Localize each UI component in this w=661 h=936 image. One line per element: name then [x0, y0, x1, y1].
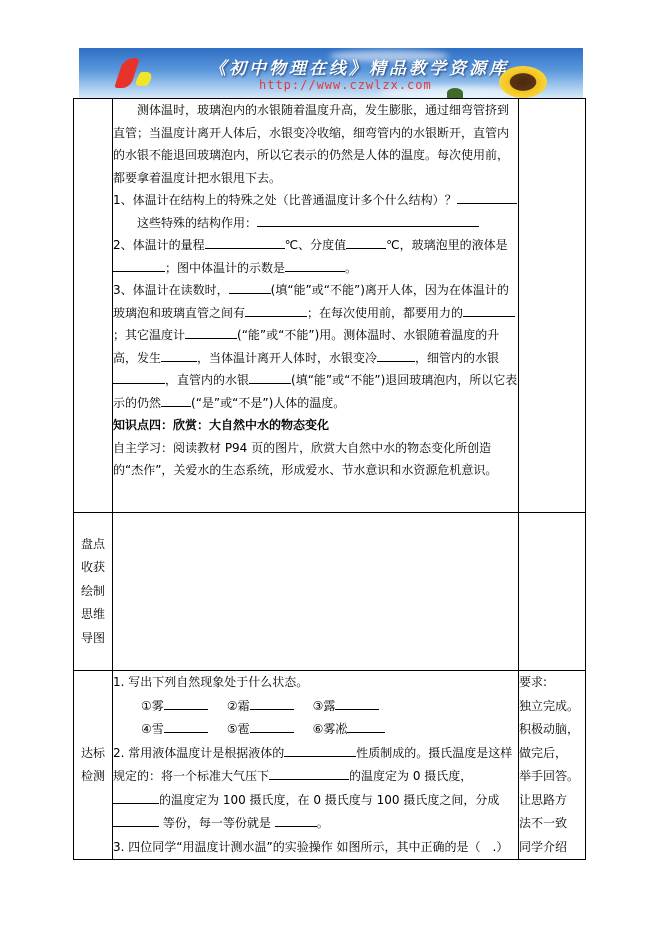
answer-blank[interactable]: [335, 695, 379, 710]
mindmap-side-cell: 盘点 收获 绘制 思维 导图: [74, 513, 113, 671]
knowledge-heading: 知识点四：欣赏：大自然中水的物态变化: [113, 414, 518, 437]
answer-blank[interactable]: [257, 212, 479, 227]
assessment-q1-title: 1. 写出下列自然现象处于什么状态。: [113, 671, 518, 695]
assessment-q2: 2. 常用液体温度计是根据液体的性质制成的。摄氏温度是这样规定的：将一个标准大气…: [113, 742, 518, 836]
sunflower-icon: [499, 66, 547, 98]
assessment-questions: 1. 写出下列自然现象处于什么状态。 ①雾 ②霜 ③露 ④雪 ⑤雹 ⑥雾凇 2.…: [113, 671, 519, 860]
content-row: 测体温时，玻璃泡内的水银随着温度升高，发生膨胀，通过细弯管挤到直管；当温度计离开…: [74, 99, 586, 513]
banner-url: http://www.czwlzx.com: [259, 78, 432, 92]
answer-blank[interactable]: [185, 324, 237, 339]
answer-blank[interactable]: [245, 302, 307, 317]
phenomena-row-2: ④雪 ⑤雹 ⑥雾凇: [113, 718, 518, 742]
answer-blank[interactable]: [113, 812, 159, 827]
header-banner: 《初中物理在线》精品教学资源库 http://www.czwlzx.com: [79, 48, 583, 98]
answer-blank[interactable]: [284, 742, 356, 757]
assessment-q3: 3. 四位同学“用温度计测水温”的实验操作 如图所示，其中正确的是（ .）: [113, 836, 518, 860]
answer-blank[interactable]: [161, 392, 191, 407]
mindmap-drawing-area[interactable]: [113, 513, 519, 671]
phenomena-row-1: ①雾 ②霜 ③露: [113, 695, 518, 719]
leaf-icon: [447, 88, 463, 98]
answer-blank[interactable]: [229, 279, 271, 294]
answer-blank[interactable]: [113, 257, 165, 272]
requirements-cell: 要求: 独立完成。 积极动脑， 做完后， 举手回答。 让思路方 法不一致 同学介…: [519, 671, 586, 860]
answer-blank[interactable]: [161, 347, 197, 362]
answer-blank[interactable]: [250, 695, 294, 710]
answer-blank[interactable]: [113, 789, 159, 804]
lesson-table: 测体温时，玻璃泡内的水银随着温度升高，发生膨胀，通过细弯管挤到直管；当温度计离开…: [73, 98, 586, 860]
assessment-side-cell: 达标 检测: [74, 671, 113, 860]
mindmap-right-cell: [519, 513, 586, 671]
answer-blank[interactable]: [205, 234, 285, 249]
answer-blank[interactable]: [377, 347, 415, 362]
row1-side-cell: [74, 99, 113, 513]
answer-blank[interactable]: [285, 257, 345, 272]
answer-blank[interactable]: [346, 234, 386, 249]
question-1-sub: 这些特殊的结构作用：: [113, 212, 518, 235]
answer-blank[interactable]: [164, 695, 208, 710]
answer-blank[interactable]: [249, 369, 291, 384]
answer-blank[interactable]: [269, 765, 349, 780]
mindmap-label: 盘点 收获 绘制 思维 导图: [74, 533, 112, 651]
row1-right-cell: [519, 99, 586, 513]
answer-blank[interactable]: [275, 812, 317, 827]
answer-blank[interactable]: [457, 189, 517, 204]
answer-blank[interactable]: [164, 718, 208, 733]
question-2: 2、体温计的量程℃、分度值℃，玻璃泡里的液体是；图中体温计的示数是。: [113, 234, 518, 279]
self-study-text: 自主学习：阅读教材 P94 页的图片，欣赏大自然中水的物态变化所创造的“杰作”，…: [113, 437, 518, 482]
answer-blank[interactable]: [250, 718, 294, 733]
answer-blank[interactable]: [113, 369, 165, 384]
logo-accent-icon: [134, 72, 155, 86]
answer-blank[interactable]: [347, 718, 385, 733]
row1-main-cell: 测体温时，玻璃泡内的水银随着温度升高，发生膨胀，通过细弯管挤到直管；当温度计离开…: [113, 99, 519, 513]
thermometer-paragraph: 测体温时，玻璃泡内的水银随着温度升高，发生膨胀，通过细弯管挤到直管；当温度计离开…: [113, 99, 518, 189]
assessment-row: 达标 检测 1. 写出下列自然现象处于什么状态。 ①雾 ②霜 ③露 ④雪 ⑤雹 …: [74, 671, 586, 860]
question-1: 1、体温计在结构上的特殊之处（比普通温度计多个什么结构）？: [113, 189, 518, 212]
question-3: 3、体温计在读数时，(填“能”或“不能”)离开人体，因为在体温计的玻璃泡和玻璃直…: [113, 279, 518, 414]
answer-blank[interactable]: [463, 302, 515, 317]
banner-title: 《初中物理在线》精品教学资源库: [209, 54, 509, 79]
assessment-label: 达标 检测: [74, 742, 112, 789]
mindmap-row: 盘点 收获 绘制 思维 导图: [74, 513, 586, 671]
